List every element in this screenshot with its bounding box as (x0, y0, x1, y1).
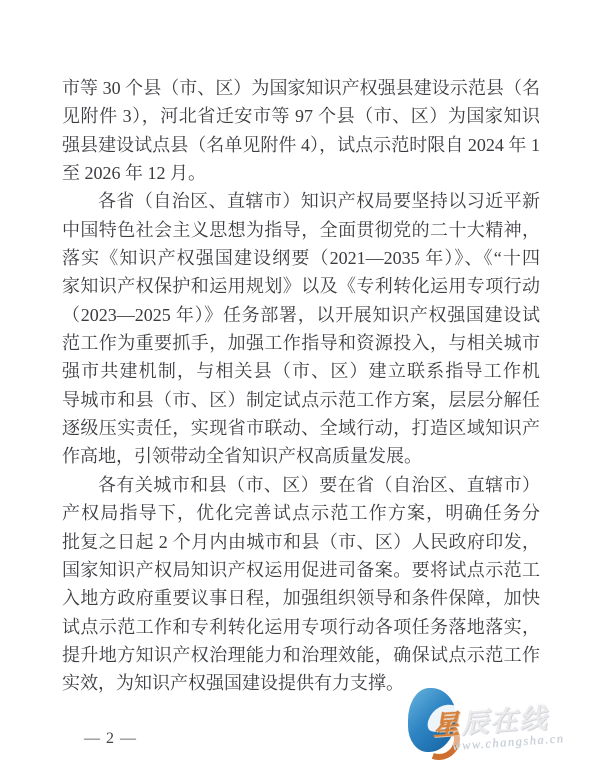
document-body: 市等 30 个县（市、区）为国家知识产权强县建设示范县（名单见附件 3），河北省… (62, 74, 540, 698)
text-line: 市等 30 个县（市、区）为国家知识产权强县建设示范县（名单 (62, 74, 540, 102)
text-line: 试点示范工作和专利转化运用专项行动各项任务落地落实，不断 (62, 613, 540, 641)
text-line: 家知识产权保护和运用规划》以及《专利转化运用专项行动方案 (62, 272, 540, 300)
text-line: 批复之日起 2 个月内由城市和县（市、区）人民政府印发，并报 (62, 528, 540, 556)
text-line: 导城市和县（市、区）制定试点示范工作方案，层层分解任务、 (62, 386, 540, 414)
text-line: 国家知识产权局知识产权运用促进司备案。要将试点示范工作纳 (62, 556, 540, 584)
text-line: 各省（自治区、直辖市）知识产权局要坚持以习近平新时代 (62, 187, 540, 215)
text-line: 各有关城市和县（市、区）要在省（自治区、直辖市）知识 (62, 471, 540, 499)
page-number: — 2 — (84, 730, 137, 748)
text-line: 中国特色社会主义思想为指导，全面贯彻党的二十大精神，认真 (62, 216, 540, 244)
text-line: 见附件 3），河北省迁安市等 97 个县（市、区）为国家知识产权 (62, 102, 540, 130)
text-line: 范工作为重要抓手，加强工作指导和资源投入，与相关城市建立 (62, 329, 540, 357)
text-line: 逐级压实责任，实现省市联动、全域行动，打造区域知识产权工 (62, 414, 540, 442)
text-line: 产权局指导下，优化完善试点示范工作方案，明确任务分工，自 (62, 499, 540, 527)
text-line: 入地方政府重要议事日程，加强组织领导和条件保障，加快推动 (62, 584, 540, 612)
text-line: 强市共建机制，与相关县（市、区）建立联系指导工作机制，指 (62, 357, 540, 385)
text-line: 强县建设试点县（名单见附件 4），试点示范时限自 2024 年 1 月 (62, 131, 540, 159)
text-line: 至 2026 年 12 月。 (62, 159, 540, 187)
text-line: 作高地，引领带动全省知识产权高质量发展。 (62, 442, 540, 470)
watermark: 星辰在线 www.changsha.cn (396, 678, 600, 782)
text-line: 提升地方知识产权治理能力和治理效能，确保试点示范工作取得 (62, 641, 540, 669)
text-line: （2023—2025 年）》任务部署，以开展知识产权强国建设试点示 (62, 301, 540, 329)
text-line: 落实《知识产权强国建设纲要（2021—2035 年）》、《“十四五”国 (62, 244, 540, 272)
document-page: 市等 30 个县（市、区）为国家知识产权强县建设示范县（名单见附件 3），河北省… (0, 0, 600, 782)
